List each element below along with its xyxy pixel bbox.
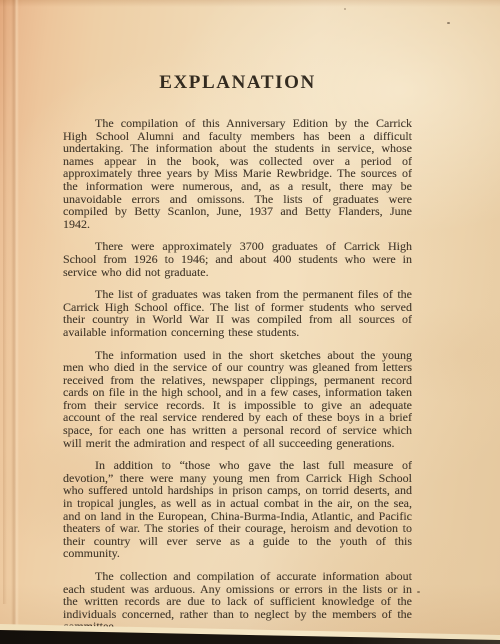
paragraph-list-sources: The list of graduates was taken from the…	[63, 288, 412, 338]
page-crease-faint	[3, 0, 7, 604]
page-crease	[11, 0, 19, 631]
paragraph-service-theaters: In addition to “those who gave the last …	[63, 459, 412, 560]
page-content: EXPLANATION The compilation of this Anni…	[63, 72, 412, 643]
paragraph-sketch-sources: The information used in the short sketch…	[63, 349, 412, 450]
paragraph-omissions-apology: The collection and compilation of accura…	[63, 570, 412, 633]
page-title: EXPLANATION	[63, 72, 412, 94]
paragraph-compilation: The compilation of this Anniversary Edit…	[63, 117, 412, 230]
scanned-page-photo: EXPLANATION The compilation of this Anni…	[0, 0, 500, 644]
paragraph-graduate-counts: There were approximately 3700 graduates …	[63, 240, 412, 278]
